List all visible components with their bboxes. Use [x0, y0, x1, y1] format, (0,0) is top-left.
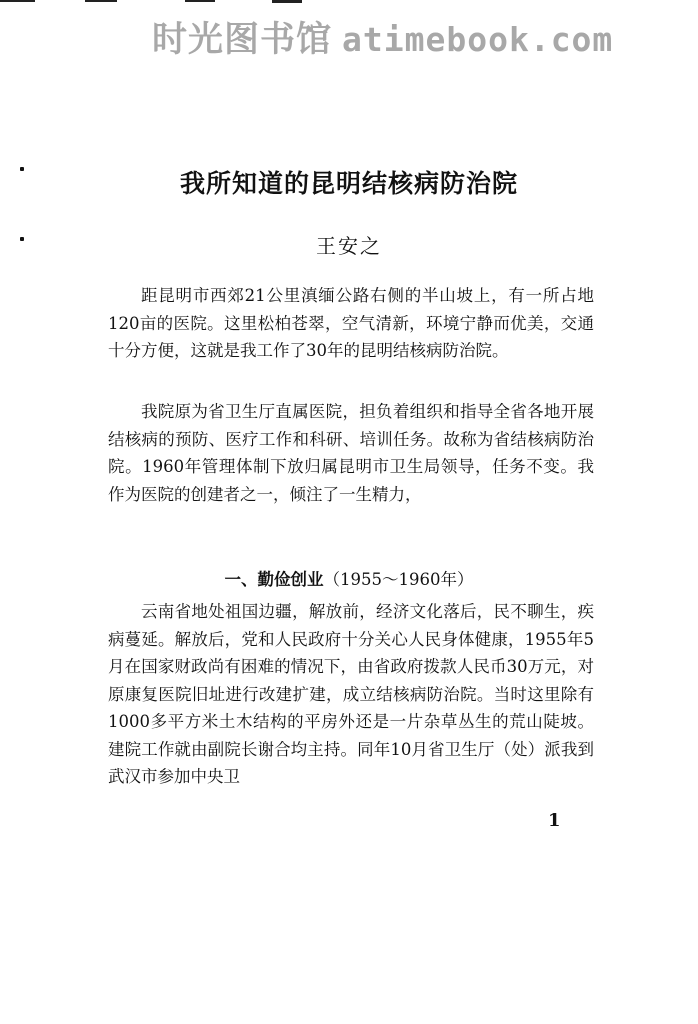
top-rule: [185, 0, 215, 2]
section-number: 一、: [225, 570, 258, 589]
top-rule: [272, 0, 302, 3]
top-rule: [85, 0, 117, 2]
section-heading: 一、勤俭创业（1955～1960年）: [0, 566, 698, 590]
paragraph: 距昆明市西郊21公里滇缅公路右侧的半山坡上，有一所占地120亩的医院。这里松柏苍…: [108, 282, 594, 365]
section-years: （1955～1960年）: [324, 570, 474, 589]
document-title: 我所知道的昆明结核病防治院: [0, 164, 698, 200]
page-number: 1: [548, 810, 561, 831]
paragraph: 我院原为省卫生厅直属医院，担负着组织和指导全省各地开展结核病的预防、医疗工作和科…: [108, 398, 594, 508]
watermark: 时光图书馆atimebook.com: [152, 12, 613, 62]
section-title: 勤俭创业: [258, 570, 324, 589]
top-rule: [0, 0, 35, 2]
watermark-cn: 时光图书馆: [152, 20, 332, 60]
paragraph: 云南省地处祖国边疆，解放前，经济文化落后，民不聊生，疾病蔓延。解放后，党和人民政…: [108, 598, 594, 791]
author-name: 王安之: [0, 230, 698, 259]
watermark-latin: atimebook.com: [342, 20, 613, 59]
